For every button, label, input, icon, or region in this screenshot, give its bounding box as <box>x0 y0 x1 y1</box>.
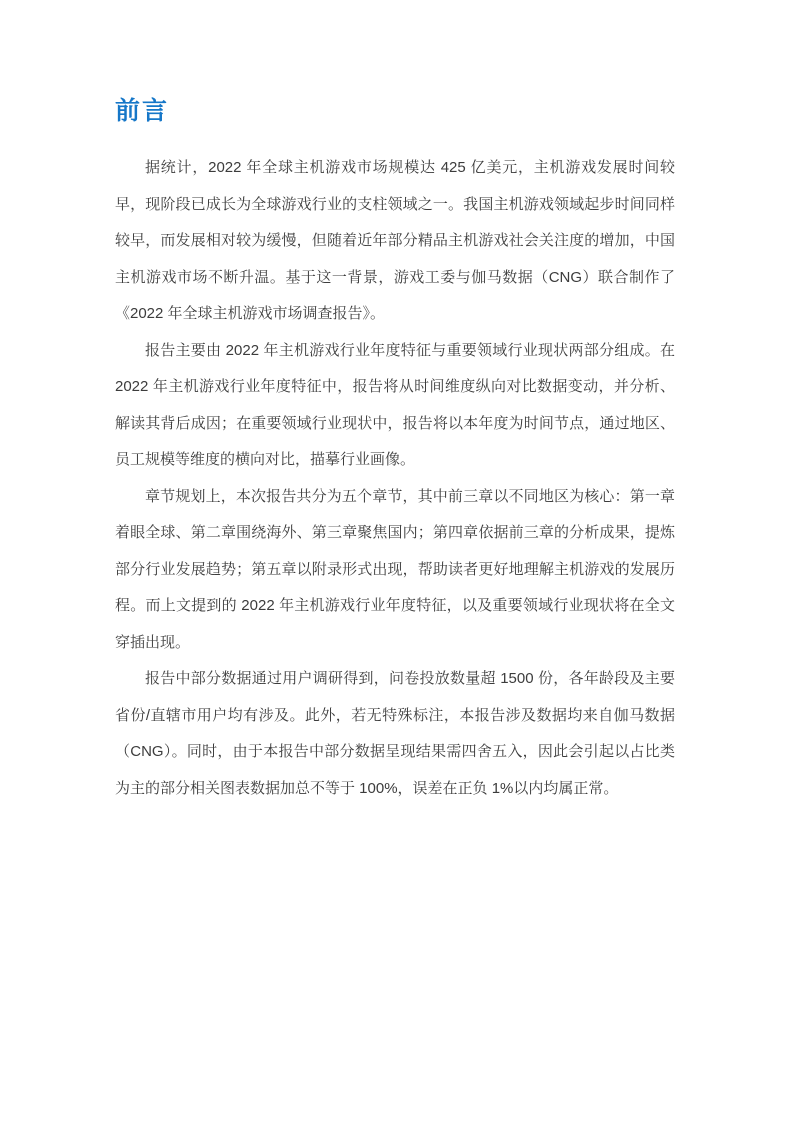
document-content: 前言 据统计，2022 年全球主机游戏市场规模达 425 亿美元，主机游戏发展时… <box>115 96 675 807</box>
paragraph-3: 章节规划上，本次报告共分为五个章节，其中前三章以不同地区为核心：第一章着眼全球、… <box>115 479 675 662</box>
paragraph-2: 报告主要由 2022 年主机游戏行业年度特征与重要领域行业现状两部分组成。在 2… <box>115 333 675 479</box>
document-page: 前言 据统计，2022 年全球主机游戏市场规模达 425 亿美元，主机游戏发展时… <box>0 0 794 1123</box>
paragraph-1: 据统计，2022 年全球主机游戏市场规模达 425 亿美元，主机游戏发展时间较早… <box>115 150 675 333</box>
paragraph-4: 报告中部分数据通过用户调研得到，问卷投放数量超 1500 份，各年龄段及主要省份… <box>115 661 675 807</box>
page-title: 前言 <box>115 96 675 126</box>
